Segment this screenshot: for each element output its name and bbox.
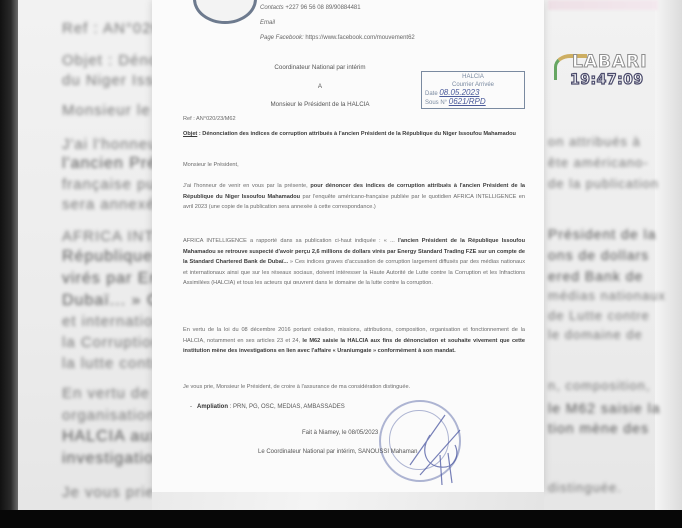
paragraph-2: AFRICA INTELLIGENCE a rapporté dans sa p… (183, 236, 525, 289)
screen-bottom-bar (0, 510, 682, 528)
ampliation: - Ampliation : PRN, PG, OSC, MEDIAS, AMB… (190, 404, 345, 410)
header-facebook: Page Facebook: https://www.facebook.com/… (260, 35, 415, 41)
salutation: Monsieur le Président, (183, 160, 525, 171)
signature-icon (400, 405, 470, 485)
subject: Objet : Dénonciation des indices de corr… (183, 129, 525, 140)
background-header-band (548, 0, 658, 10)
broadcast-clock: 19:47:09 (570, 72, 644, 88)
letter-page-bottom-edge (152, 492, 544, 510)
paragraph-3: En vertu de la loi du 08 décembre 2016 p… (183, 325, 525, 357)
screen-left-edge (0, 0, 18, 510)
sender-title: Coordinateur National par intérim (150, 64, 490, 71)
signatory: Le Coordinateur National par intérim, SA… (258, 449, 417, 455)
header-email: Email (260, 20, 275, 26)
place-date: Fait à Niamey, le 08/05/2023 (302, 430, 378, 436)
closing-formula: Je vous prie, Monsieur le Président, de … (183, 382, 525, 393)
channel-logo: LABARI 19:47:09 (552, 52, 677, 92)
reference: Ref : AN°020/23/M62 (183, 114, 525, 125)
channel-name: LABARI (572, 52, 648, 72)
paragraph-1: J'ai l'honneur de venir en vous par la p… (183, 181, 525, 213)
header-contacts: Contacts +227 96 56 08 89/90884481 (260, 5, 361, 11)
reception-stamp: HALCIA Courrier Arrivée Date 08.05.2023 … (421, 71, 525, 109)
